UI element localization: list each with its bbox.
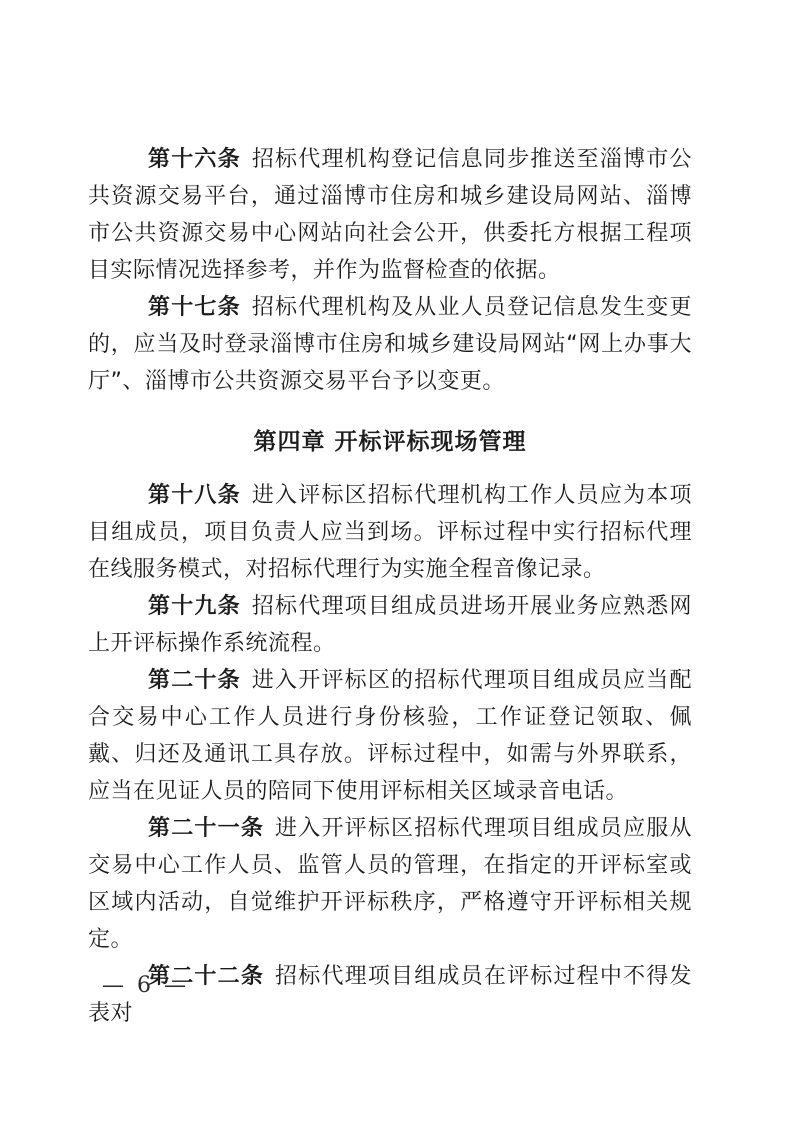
article-21-label: 第二十一条 [148,816,264,841]
article-19-paragraph: 第十九条招标代理项目组成员进场开展业务应熟悉网上开评标操作系统流程。 [88,588,692,662]
document-content: 第十六条招标代理机构登记信息同步推送至淄博市公共资源交易平台，通过淄博市住房和城… [88,141,692,1032]
article-21-paragraph: 第二十一条进入开评标区招标代理项目组成员应服从交易中心工作人员、监管人员的管理，… [88,810,692,958]
page-number: — 6 — [102,973,189,999]
article-19-label: 第十九条 [148,594,241,619]
chapter-heading: 第四章 开标评标现场管理 [88,424,692,461]
article-18-paragraph: 第十八条进入评标区招标代理机构工作人员应为本项目组成员，项目负责人应当到场。评标… [88,477,692,588]
article-20-label: 第二十条 [148,668,241,693]
article-16-paragraph: 第十六条招标代理机构登记信息同步推送至淄博市公共资源交易平台，通过淄博市住房和城… [88,141,692,289]
article-17-label: 第十七条 [148,295,241,320]
article-16-label: 第十六条 [148,147,241,172]
article-20-paragraph: 第二十条进入开评标区的招标代理项目组成员应当配合交易中心工作人员进行身份核验，工… [88,662,692,810]
document-page: 第十六条招标代理机构登记信息同步推送至淄博市公共资源交易平台，通过淄博市住房和城… [0,0,793,1122]
article-18-label: 第十八条 [148,483,241,508]
article-17-paragraph: 第十七条招标代理机构及从业人员登记信息发生变更的，应当及时登录淄博市住房和城乡建… [88,289,692,400]
